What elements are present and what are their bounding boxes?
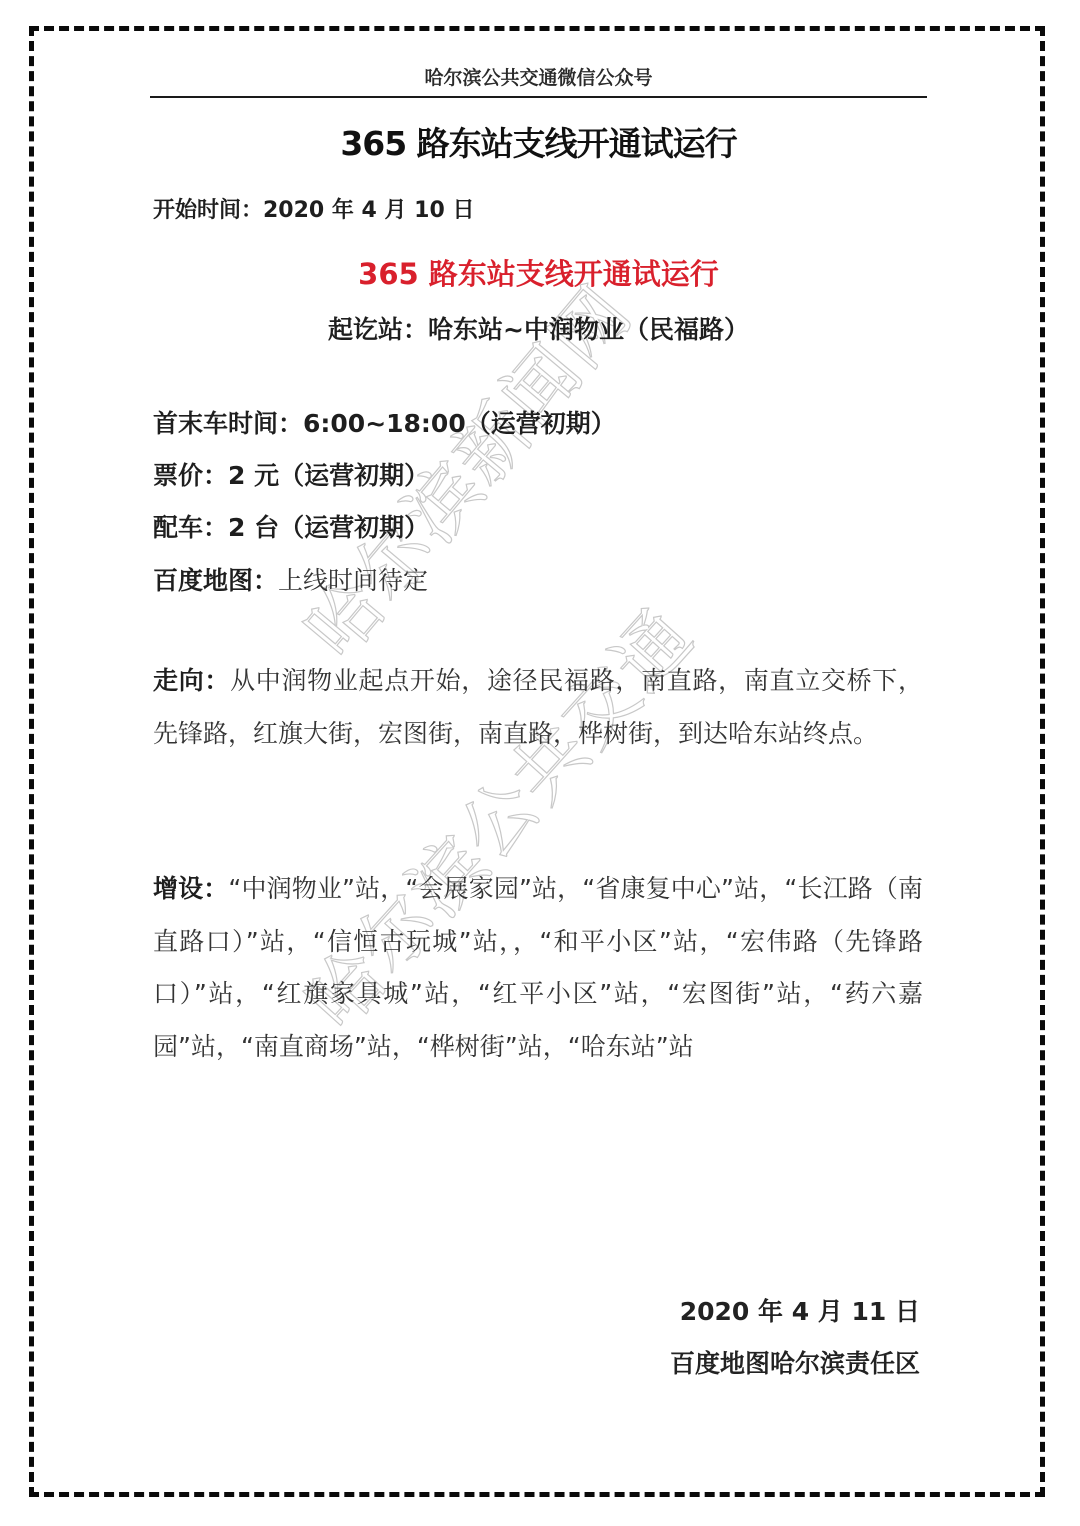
- info-first-last-bus: 首末车时间：6:00~18:00（运营初期）: [153, 404, 616, 440]
- info-value: 2 元（运营初期）: [228, 461, 429, 490]
- info-value: 2 台（运营初期）: [228, 513, 429, 542]
- added-stops-label: 增设：: [153, 874, 228, 903]
- route-text: 从中润物业起点开始，途径民福路，南直路，南直立交桥下，先锋路，红旗大街，宏图街，…: [153, 666, 923, 748]
- route-paragraph: 走向：从中润物业起点开始，途径民福路，南直路，南直立交桥下，先锋路，红旗大街，宏…: [153, 655, 923, 760]
- terminus-stations: 起讫站：哈东站~中润物业（民福路）: [150, 310, 927, 346]
- announcement-headline: 365 路东站支线开通试运行: [150, 252, 927, 293]
- signature: 百度地图哈尔滨责任区: [670, 1344, 920, 1380]
- info-label: 百度地图：: [153, 566, 278, 595]
- info-vehicles: 配车：2 台（运营初期）: [153, 508, 429, 544]
- info-value: 6:00~18:00（运营初期）: [303, 409, 616, 438]
- document-title: 365 路东站支线开通试运行: [150, 118, 927, 165]
- info-label: 配车：: [153, 513, 228, 542]
- added-stops-paragraph: 增设：“中润物业”站，“会展家园”站，“省康复中心”站，“长江路（南直路口）”站…: [153, 863, 923, 1073]
- dashed-page-border: [29, 26, 1045, 1497]
- info-baidu-map: 百度地图：上线时间待定: [153, 561, 428, 597]
- added-stops-text: “中润物业”站，“会展家园”站，“省康复中心”站，“长江路（南直路口）”站，“信…: [153, 874, 923, 1061]
- info-value: 上线时间待定: [278, 566, 428, 595]
- source-header: 哈尔滨公共交通微信公众号: [150, 63, 927, 90]
- header-divider: [150, 96, 927, 98]
- info-fare: 票价：2 元（运营初期）: [153, 456, 429, 492]
- info-label: 首末车时间：: [153, 409, 303, 438]
- start-time: 开始时间：2020 年 4 月 10 日: [153, 193, 474, 224]
- issue-date: 2020 年 4 月 11 日: [680, 1292, 920, 1328]
- info-label: 票价：: [153, 461, 228, 490]
- route-label: 走向：: [153, 666, 230, 695]
